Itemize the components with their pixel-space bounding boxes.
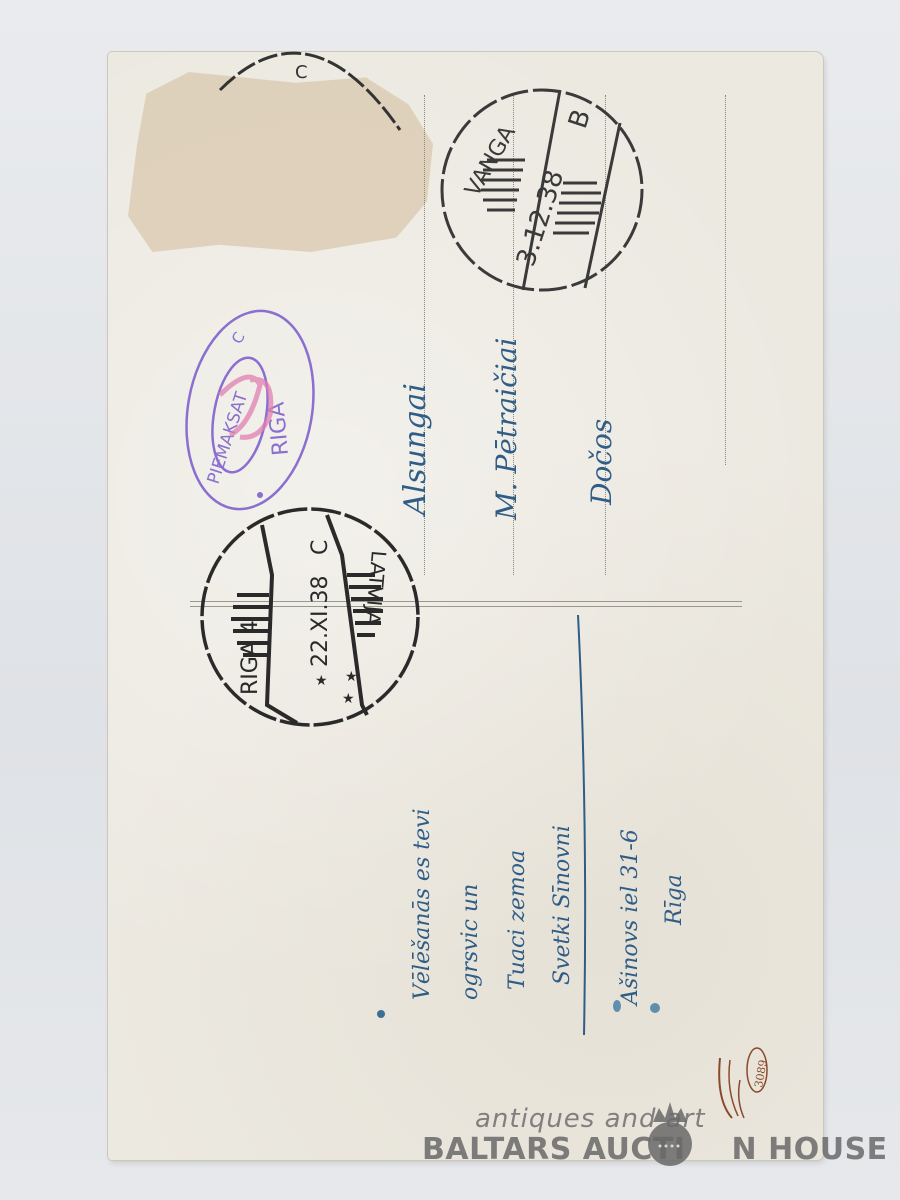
svg-text:C: C [228,329,249,347]
svg-text:★: ★ [342,691,355,707]
message-line-2: ogrsvic un [458,884,483,1000]
message-line-5: Ašinovs iel 31-6 [618,829,643,1005]
svg-text:B: B [563,106,597,132]
ink-dot-1 [377,1010,385,1018]
svg-text:22.XI.38: 22.XI.38 [308,575,333,667]
address-line-3-text: Dočos [585,419,618,505]
message-underline [570,615,600,1035]
riga-postmark: 22.XI.38 C RIGA 4 LATVIJA ★ ★ ★ [197,505,427,730]
svg-text:3.12.38: 3.12.38 [511,167,570,271]
svg-text:C: C [308,540,333,555]
message-line-3: Tuaci zemoa [505,850,530,990]
ink-dot-2 [613,1000,621,1012]
message-line-6: Rīga [662,874,687,925]
postage-due-stamp: PIEMAKSAT RIGA C [180,305,320,520]
partial-postmark-top: C [200,20,420,140]
svg-text:LATVIJA: LATVIJA [360,550,390,627]
ink-dot-3 [650,1003,660,1013]
svg-text:★: ★ [345,669,358,685]
publisher-mark: 3089 [712,1040,772,1120]
svg-text:★: ★ [315,673,328,689]
svg-text:C: C [295,62,308,83]
crown-logo-icon [645,1100,695,1170]
address-line-1-text: Alsungai [398,383,433,515]
address-line-2-text: M. Pētraičiai [490,338,523,520]
watermark-brand-right: N HOUSE [732,1132,888,1167]
address-line-4 [725,95,726,465]
svg-text:3089: 3089 [752,1059,770,1089]
ventspils-postmark: 3.12.38 B VANGA [435,78,650,303]
message-line-1: Vēlēšanās es tevi [410,808,435,1000]
svg-text:RIGA 4: RIGA 4 [238,620,263,695]
